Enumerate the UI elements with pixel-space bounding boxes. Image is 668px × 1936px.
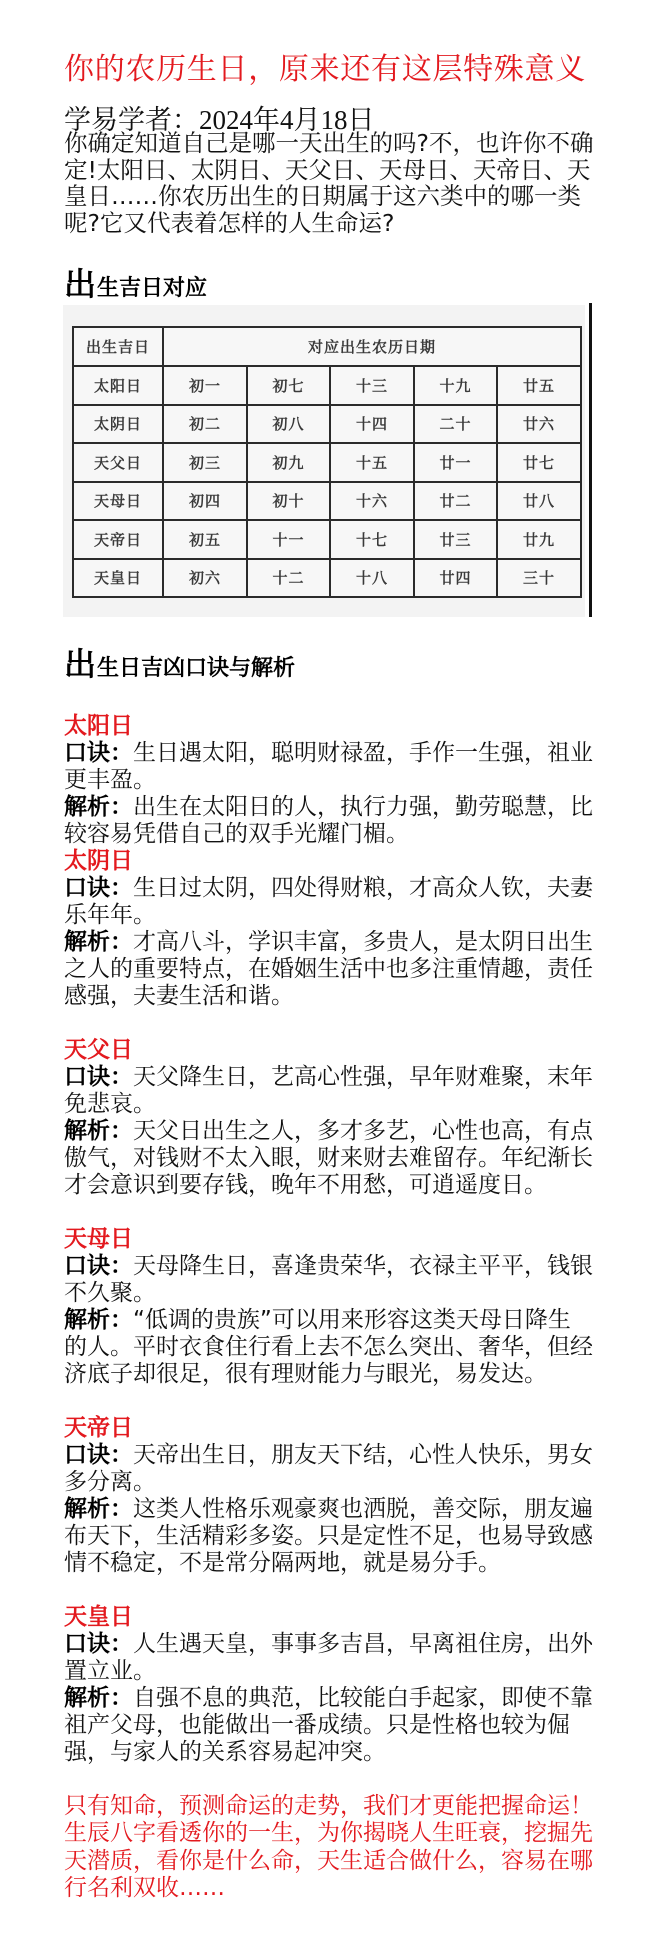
verse-label: 口诀： <box>64 1442 133 1468</box>
analysis-paragraph: 解析：天父日出生之人，多才多艺，心性也高，有点 傲气，对钱财不太入眼，财来财去难… <box>64 1118 593 1199</box>
table-cell-date: 廿二 <box>414 482 497 521</box>
analysis-text: “低调的贵族”可以用来形容这类天母日降生 的人。平时衣食住行看上去不怎么突出、奢… <box>64 1307 593 1387</box>
analysis-text: 天父日出生之人，多才多艺，心性也高，有点 傲气，对钱财不太入眼，财来财去难留存。… <box>64 1118 593 1198</box>
table-cell-date: 二十 <box>414 405 497 444</box>
section-tianfu: 天父日 口诀：天父降生日，艺高心性强，早年财难聚，末年 免悲哀。 解析：天父日出… <box>64 1037 593 1199</box>
section-title: 天帝日 <box>64 1415 593 1442</box>
table-row: 太阴日 初二 初八 十四 二十 廿六 <box>73 405 581 444</box>
table-cell-date: 十五 <box>330 443 414 482</box>
verses-list: 太阳日 口诀：生日遇太阳，聪明财禄盈，手作一生强，祖业 更丰盈。 解析：出生在太… <box>64 713 593 1902</box>
table-cell-date: 廿八 <box>497 482 581 521</box>
table-cell-date: 十六 <box>330 482 414 521</box>
table-cell-date: 初四 <box>163 482 247 521</box>
closing-paragraph: 只有知命，预测命运的走势，我们才更能把握命运！ 生辰八字看透你的一生，为你揭晓人… <box>64 1793 593 1902</box>
intro-paragraph: 你确定知道自己是哪一天出生的吗?不，也许你不确 定!太阳日、太阴日、天父日、天母… <box>64 130 593 237</box>
verse-text: 人生遇天皇，事事多吉昌，早离祖住房，出外 置立业。 <box>64 1631 593 1684</box>
analysis-label: 解析： <box>64 794 133 820</box>
article-title: 你的农历生日，原来还有这层特殊意义 <box>64 52 586 88</box>
verse-text: 生日遇太阳，聪明财禄盈，手作一生强，祖业 更丰盈。 <box>64 740 593 793</box>
analysis-label: 解析： <box>64 1118 133 1144</box>
table-cell-date: 十八 <box>330 559 414 598</box>
table-cell-date: 十二 <box>247 559 330 598</box>
table-header-dates: 对应出生农历日期 <box>163 327 581 366</box>
analysis-paragraph: 解析：才高八斗，学识丰富，多贵人，是太阴日出生 之人的重要特点，在婚姻生活中也多… <box>64 929 593 1010</box>
analysis-text: 这类人性格乐观豪爽也洒脱，善交际，朋友遍 布天下，生活精彩多姿。只是定性不足，也… <box>64 1496 593 1576</box>
verse-text: 天父降生日，艺高心性强，早年财难聚，末年 免悲哀。 <box>64 1064 593 1117</box>
verse-paragraph: 口诀：生日过太阴，四处得财粮，才高众人钦，夫妻 乐年年。 <box>64 875 593 929</box>
table-cell-date: 初五 <box>163 520 247 559</box>
table-row: 天母日 初四 初十 十六 廿二 廿八 <box>73 482 581 521</box>
verse-label: 口诀： <box>64 875 133 901</box>
verse-label: 口诀： <box>64 1253 133 1279</box>
table-cell-date: 十一 <box>247 520 330 559</box>
table-cell-date: 初六 <box>163 559 247 598</box>
analysis-paragraph: 解析：这类人性格乐观豪爽也洒脱，善交际，朋友遍 布天下，生活精彩多姿。只是定性不… <box>64 1496 593 1577</box>
verse-label: 口诀： <box>64 740 133 766</box>
analysis-label: 解析： <box>64 1307 133 1333</box>
table-cell-date: 初二 <box>163 405 247 444</box>
analysis-paragraph: 解析：自强不息的典范，比较能白手起家，即使不靠 祖产父母，也能做出一番成绩。只是… <box>64 1685 593 1766</box>
verse-paragraph: 口诀：天父降生日，艺高心性强，早年财难聚，末年 免悲哀。 <box>64 1064 593 1118</box>
analysis-label: 解析： <box>64 1685 133 1711</box>
heading-initial: 出 <box>64 266 96 302</box>
analysis-text: 自强不息的典范，比较能白手起家，即使不靠 祖产父母，也能做出一番成绩。只是性格也… <box>64 1685 593 1765</box>
table-cell-date: 廿四 <box>414 559 497 598</box>
lunar-table-image: 出生吉日 对应出生农历日期 太阳日 初一 初七 十三 十九 廿五 太阴日 初二 … <box>63 305 585 617</box>
table-cell-date: 廿七 <box>497 443 581 482</box>
table-cell-date: 廿一 <box>414 443 497 482</box>
table-cell-date: 初七 <box>247 366 330 405</box>
verse-text: 天帝出生日，朋友天下结，心性人快乐，男女 多分离。 <box>64 1442 593 1495</box>
heading-text: 生日吉凶口诀与解析 <box>97 651 295 687</box>
section-taiyin: 太阴日 口诀：生日过太阴，四处得财粮，才高众人钦，夫妻 乐年年。 解析：才高八斗… <box>64 848 593 1010</box>
section-taiyang: 太阳日 口诀：生日遇太阳，聪明财禄盈，手作一生强，祖业 更丰盈。 解析：出生在太… <box>64 713 593 848</box>
table-cell-date: 十九 <box>414 366 497 405</box>
table-cell-date: 初三 <box>163 443 247 482</box>
table-cell-date: 廿三 <box>414 520 497 559</box>
verse-paragraph: 口诀：人生遇天皇，事事多吉昌，早离祖住房，出外 置立业。 <box>64 1631 593 1685</box>
verse-label: 口诀： <box>64 1631 133 1657</box>
table-cell-day-type: 天皇日 <box>73 559 163 598</box>
verse-text: 生日过太阴，四处得财粮，才高众人钦，夫妻 乐年年。 <box>64 875 593 928</box>
table-cell-day-type: 天帝日 <box>73 520 163 559</box>
table-cell-date: 廿九 <box>497 520 581 559</box>
heading-text: 生吉日对应 <box>97 271 207 307</box>
article-page: 你的农历生日，原来还有这层特殊意义 学易学者：2024年4月18日 你确定知道自… <box>0 0 668 1936</box>
analysis-paragraph: 解析：“低调的贵族”可以用来形容这类天母日降生 的人。平时衣食住行看上去不怎么突… <box>64 1307 593 1388</box>
table-cell-date: 廿五 <box>497 366 581 405</box>
verse-paragraph: 口诀：天帝出生日，朋友天下结，心性人快乐，男女 多分离。 <box>64 1442 593 1496</box>
table-cell-date: 十三 <box>330 366 414 405</box>
table-row: 太阳日 初一 初七 十三 十九 廿五 <box>73 366 581 405</box>
lunar-date-table: 出生吉日 对应出生农历日期 太阳日 初一 初七 十三 十九 廿五 太阴日 初二 … <box>72 326 582 598</box>
verse-label: 口诀： <box>64 1064 133 1090</box>
section-title: 天母日 <box>64 1226 593 1253</box>
section-heading-verses: 出生日吉凶口诀与解析 <box>64 646 295 687</box>
table-header-row: 出生吉日 对应出生农历日期 <box>73 327 581 366</box>
verse-paragraph: 口诀：天母降生日，喜逢贵荣华，衣禄主平平，钱银 不久聚。 <box>64 1253 593 1307</box>
analysis-paragraph: 解析：出生在太阳日的人，执行力强，勤劳聪慧，比 较容易凭借自己的双手光耀门楣。 <box>64 794 593 848</box>
verse-paragraph: 口诀：生日遇太阳，聪明财禄盈，手作一生强，祖业 更丰盈。 <box>64 740 593 794</box>
table-cell-day-type: 天母日 <box>73 482 163 521</box>
section-title: 太阴日 <box>64 848 593 875</box>
table-cell-day-type: 太阴日 <box>73 405 163 444</box>
section-tiandi: 天帝日 口诀：天帝出生日，朋友天下结，心性人快乐，男女 多分离。 解析：这类人性… <box>64 1415 593 1577</box>
table-header-day-type: 出生吉日 <box>73 327 163 366</box>
table-cell-date: 初九 <box>247 443 330 482</box>
section-title: 天父日 <box>64 1037 593 1064</box>
table-cell-date: 初八 <box>247 405 330 444</box>
section-heading-table: 出生吉日对应 <box>64 266 207 307</box>
table-cell-day-type: 太阳日 <box>73 366 163 405</box>
section-tianmu: 天母日 口诀：天母降生日，喜逢贵荣华，衣禄主平平，钱银 不久聚。 解析：“低调的… <box>64 1226 593 1388</box>
analysis-text: 才高八斗，学识丰富，多贵人，是太阴日出生 之人的重要特点，在婚姻生活中也多注重情… <box>64 929 593 1009</box>
analysis-label: 解析： <box>64 1496 133 1522</box>
table-row: 天皇日 初六 十二 十八 廿四 三十 <box>73 559 581 598</box>
table-cell-date: 廿六 <box>497 405 581 444</box>
table-cell-date: 十四 <box>330 405 414 444</box>
analysis-text: 出生在太阳日的人，执行力强，勤劳聪慧，比 较容易凭借自己的双手光耀门楣。 <box>64 794 593 847</box>
table-cell-date: 十七 <box>330 520 414 559</box>
table-cell-day-type: 天父日 <box>73 443 163 482</box>
table-row: 天帝日 初五 十一 十七 廿三 廿九 <box>73 520 581 559</box>
section-title: 太阳日 <box>64 713 593 740</box>
heading-initial: 出 <box>64 646 96 682</box>
image-edge-divider <box>589 303 592 617</box>
section-tianhuang: 天皇日 口诀：人生遇天皇，事事多吉昌，早离祖住房，出外 置立业。 解析：自强不息… <box>64 1604 593 1766</box>
table-cell-date: 初一 <box>163 366 247 405</box>
table-cell-date: 三十 <box>497 559 581 598</box>
table-row: 天父日 初三 初九 十五 廿一 廿七 <box>73 443 581 482</box>
analysis-label: 解析： <box>64 929 133 955</box>
table-cell-date: 初十 <box>247 482 330 521</box>
verse-text: 天母降生日，喜逢贵荣华，衣禄主平平，钱银 不久聚。 <box>64 1253 593 1306</box>
section-title: 天皇日 <box>64 1604 593 1631</box>
